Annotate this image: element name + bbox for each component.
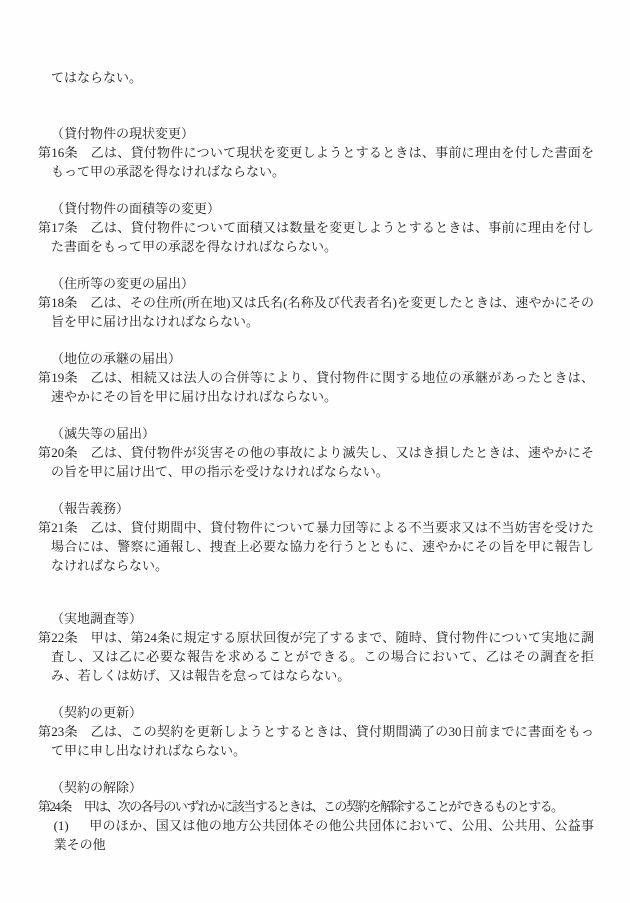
article-23: 第23条乙は、この契約を更新しようとするときは、貸付期間満了の30日前までに書面… — [38, 722, 594, 760]
section-heading-keiyaku-kaijo: （契約の解除） — [38, 778, 594, 797]
clause-item-1: (1)甲のほか、国又は他の地方公共団体その他公共団体において、公用、公共用、公益… — [38, 816, 594, 854]
section-heading-genjo-henko: （貸付物件の現状変更） — [38, 124, 594, 143]
article-17: 第17条乙は、貸付物件について面積又は数量を変更しようとするときは、事前に理由を… — [38, 218, 594, 256]
section-heading-jusho-henko: （住所等の変更の届出） — [38, 274, 594, 293]
article-number: 第20条 — [38, 445, 78, 460]
article-text: 乙は、その住所(所在地)又は氏名(名称及び代表者名)を変更したときは、速やかにそ… — [51, 295, 594, 329]
section-heading-hokoku-gimu: （報告義務） — [38, 499, 594, 518]
article-22: 第22条甲は、第24条に規定する原状回復が完了するまで、随時、貸付物件について実… — [38, 628, 594, 685]
article-number: 第24条 — [38, 799, 71, 814]
article-text: 乙は、この契約を更新しようとするときは、貸付期間満了の30日前までに書面をもって… — [51, 724, 594, 758]
document-body: てはならない。 （貸付物件の現状変更） 第16条乙は、貸付物件について現状を変更… — [38, 68, 594, 854]
article-24: 第24条甲は、次の各号のいずれかに該当するときは、この契約を解除することができる… — [38, 797, 594, 816]
article-text: 甲は、第24条に規定する原状回復が完了するまで、随時、貸付物件について実地に調査… — [51, 630, 594, 683]
article-18: 第18条乙は、その住所(所在地)又は氏名(名称及び代表者名)を変更したときは、速… — [38, 293, 594, 331]
article-number: 第17条 — [38, 220, 78, 235]
article-number: 第21条 — [38, 520, 78, 535]
clause-number: (1) — [54, 818, 69, 833]
article-number: 第23条 — [38, 724, 78, 739]
article-text: 甲は、次の各号のいずれかに該当するときは、この契約を解除することができるものとす… — [84, 799, 563, 814]
article-21: 第21条乙は、貸付期間中、貸付物件について暴力団等による不当要求又は不当妨害を受… — [38, 518, 594, 575]
section-heading-jitchi-chosa: （実地調査等） — [38, 609, 594, 628]
clause-text: 甲のほか、国又は他の地方公共団体その他公共団体において、公用、公共用、公益事業そ… — [54, 818, 594, 852]
article-19: 第19条乙は、相続又は法人の合併等により、貸付物件に関する地位の承継があったとき… — [38, 368, 594, 406]
article-text: 乙は、貸付物件が災害その他の事故により滅失し、又はき損したときは、速やかにその旨… — [51, 445, 594, 479]
carryover-text: てはならない。 — [38, 68, 594, 87]
article-16: 第16条乙は、貸付物件について現状を変更しようとするときは、事前に理由を付した書… — [38, 143, 594, 181]
article-number: 第18条 — [38, 295, 77, 310]
article-20: 第20条乙は、貸付物件が災害その他の事故により滅失し、又はき損したときは、速やか… — [38, 443, 594, 481]
section-heading-menseki-henko: （貸付物件の面積等の変更） — [38, 199, 594, 218]
article-text: 乙は、貸付物件について現状を変更しようとするときは、事前に理由を付した書面をもっ… — [51, 145, 594, 179]
section-heading-keiyaku-koshin: （契約の更新） — [38, 703, 594, 722]
article-text: 乙は、相続又は法人の合併等により、貸付物件に関する地位の承継があったときは、速や… — [51, 370, 594, 404]
article-number: 第16条 — [38, 145, 78, 160]
article-text: 乙は、貸付期間中、貸付物件について暴力団等による不当要求又は不当妨害を受けた場合… — [51, 520, 594, 573]
article-number: 第19条 — [38, 370, 78, 385]
article-text: 乙は、貸付物件について面積又は数量を変更しようとするときは、事前に理由を付した書… — [51, 220, 594, 254]
contract-page: てはならない。 （貸付物件の現状変更） 第16条乙は、貸付物件について現状を変更… — [0, 0, 630, 903]
section-heading-messhitsu: （滅失等の届出） — [38, 424, 594, 443]
article-number: 第22条 — [38, 630, 78, 645]
section-heading-chii-shokei: （地位の承継の届出） — [38, 349, 594, 368]
